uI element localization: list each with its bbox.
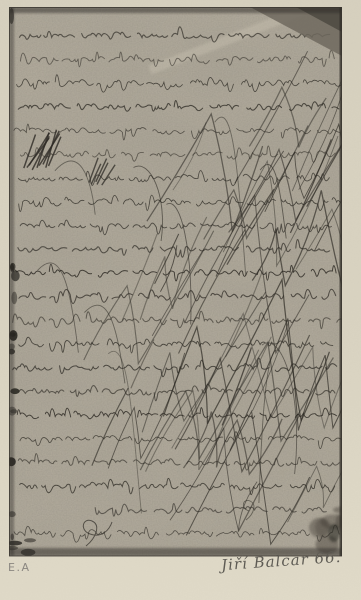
artwork-sheet: E.A Jiří Balcar 66. (0, 0, 361, 600)
edition-mark: E.A (8, 561, 30, 574)
etching-plate (0, 0, 361, 600)
